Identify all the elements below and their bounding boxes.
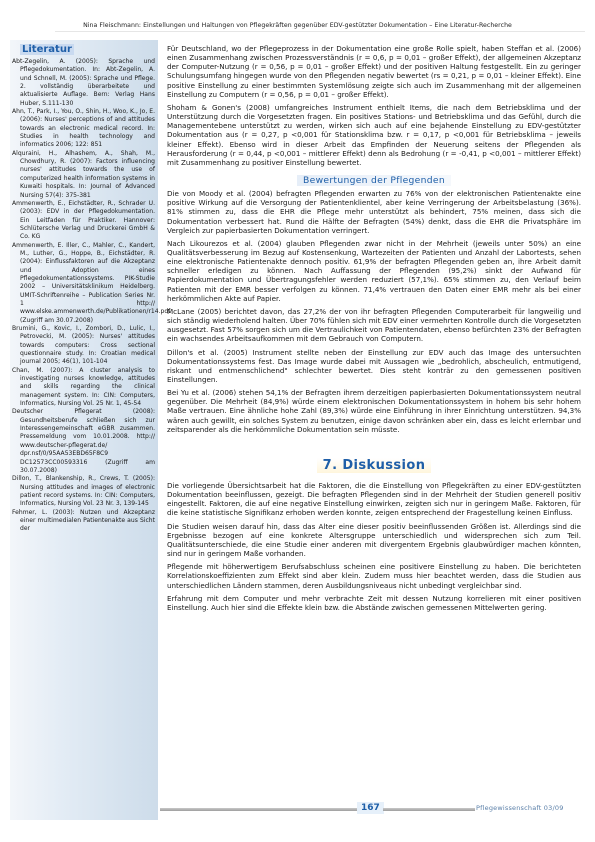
body-paragraph: Erfahrung mit dem Computer und mehr verb… [167, 594, 581, 612]
reference-item: Chan, M. (2007): A cluster analysis to i… [12, 367, 155, 409]
reference-item: Deutscher Pflegerat (2008): Gesundheitsb… [12, 408, 155, 475]
body-paragraph: McLane (2005) berichtet davon, das 27,2%… [167, 307, 581, 344]
reference-item: Brumini, G., Kovic, I., Zombori, D., Lul… [12, 325, 155, 367]
running-head: Nina Fleischmann: Einstellungen und Halt… [0, 22, 595, 29]
body-paragraph: Die Studien weisen darauf hin, dass das … [167, 522, 581, 559]
references-title: Literatur [20, 44, 74, 55]
reference-item: Ahn, T., Park, I., You, O., Shin, H., Wo… [12, 108, 155, 150]
body-paragraph: Dillon's et al. (2005) Instrument stellt… [167, 348, 581, 385]
body-paragraph: Für Deutschland, wo der Pflegeprozess in… [167, 44, 581, 99]
reference-item: Dillon, T., Blankenship, R., Crews, T. (… [12, 475, 155, 508]
body-paragraph: Pflegende mit höherwertigem Berufsabschl… [167, 562, 581, 589]
subheading: Bewertungen der Pflegenden [167, 175, 581, 187]
main-column: Für Deutschland, wo der Pflegeprozess in… [167, 44, 581, 616]
footer-divider-left [160, 808, 360, 811]
reference-item: Abt-Zegelin, A. (2005): Sprache und Pfle… [12, 58, 155, 108]
reference-list: Abt-Zegelin, A. (2005): Sprache und Pfle… [12, 58, 155, 534]
reference-item: Ammenwerth, E. Iller, C., Mahler, C., Ka… [12, 242, 155, 325]
reference-item: Ammenwerth, E., Eichstädter, R., Schrade… [12, 200, 155, 242]
body-paragraph: Bei Yu et al. (2006) stehen 54,1% der Be… [167, 388, 581, 434]
reference-item: Fehmer, L. (2003): Nutzen und Akzeptanz … [12, 509, 155, 534]
journal-name: Pflegewissenschaft 03/09 [476, 804, 564, 812]
section-heading: 7. Diskussion [167, 458, 581, 473]
header-divider [55, 31, 585, 32]
footer-divider-right [383, 808, 475, 811]
body-paragraph: Die von Moody et al. (2004) befragten Pf… [167, 189, 581, 235]
body-paragraph: Nach Likourezos et al. (2004) glauben Pf… [167, 239, 581, 303]
section-heading-text: 7. Diskussion [317, 458, 432, 473]
page-number: 167 [357, 802, 384, 814]
subheading-text: Bewertungen der Pflegenden [297, 175, 451, 186]
body-paragraph: Die vorliegende Übersichtsarbeit hat die… [167, 481, 581, 518]
reference-item: Alquraini, H., Alhashem, A., Shah, M., C… [12, 150, 155, 200]
body-paragraph: Shoham & Gonen's (2008) umfangreiches In… [167, 103, 581, 167]
